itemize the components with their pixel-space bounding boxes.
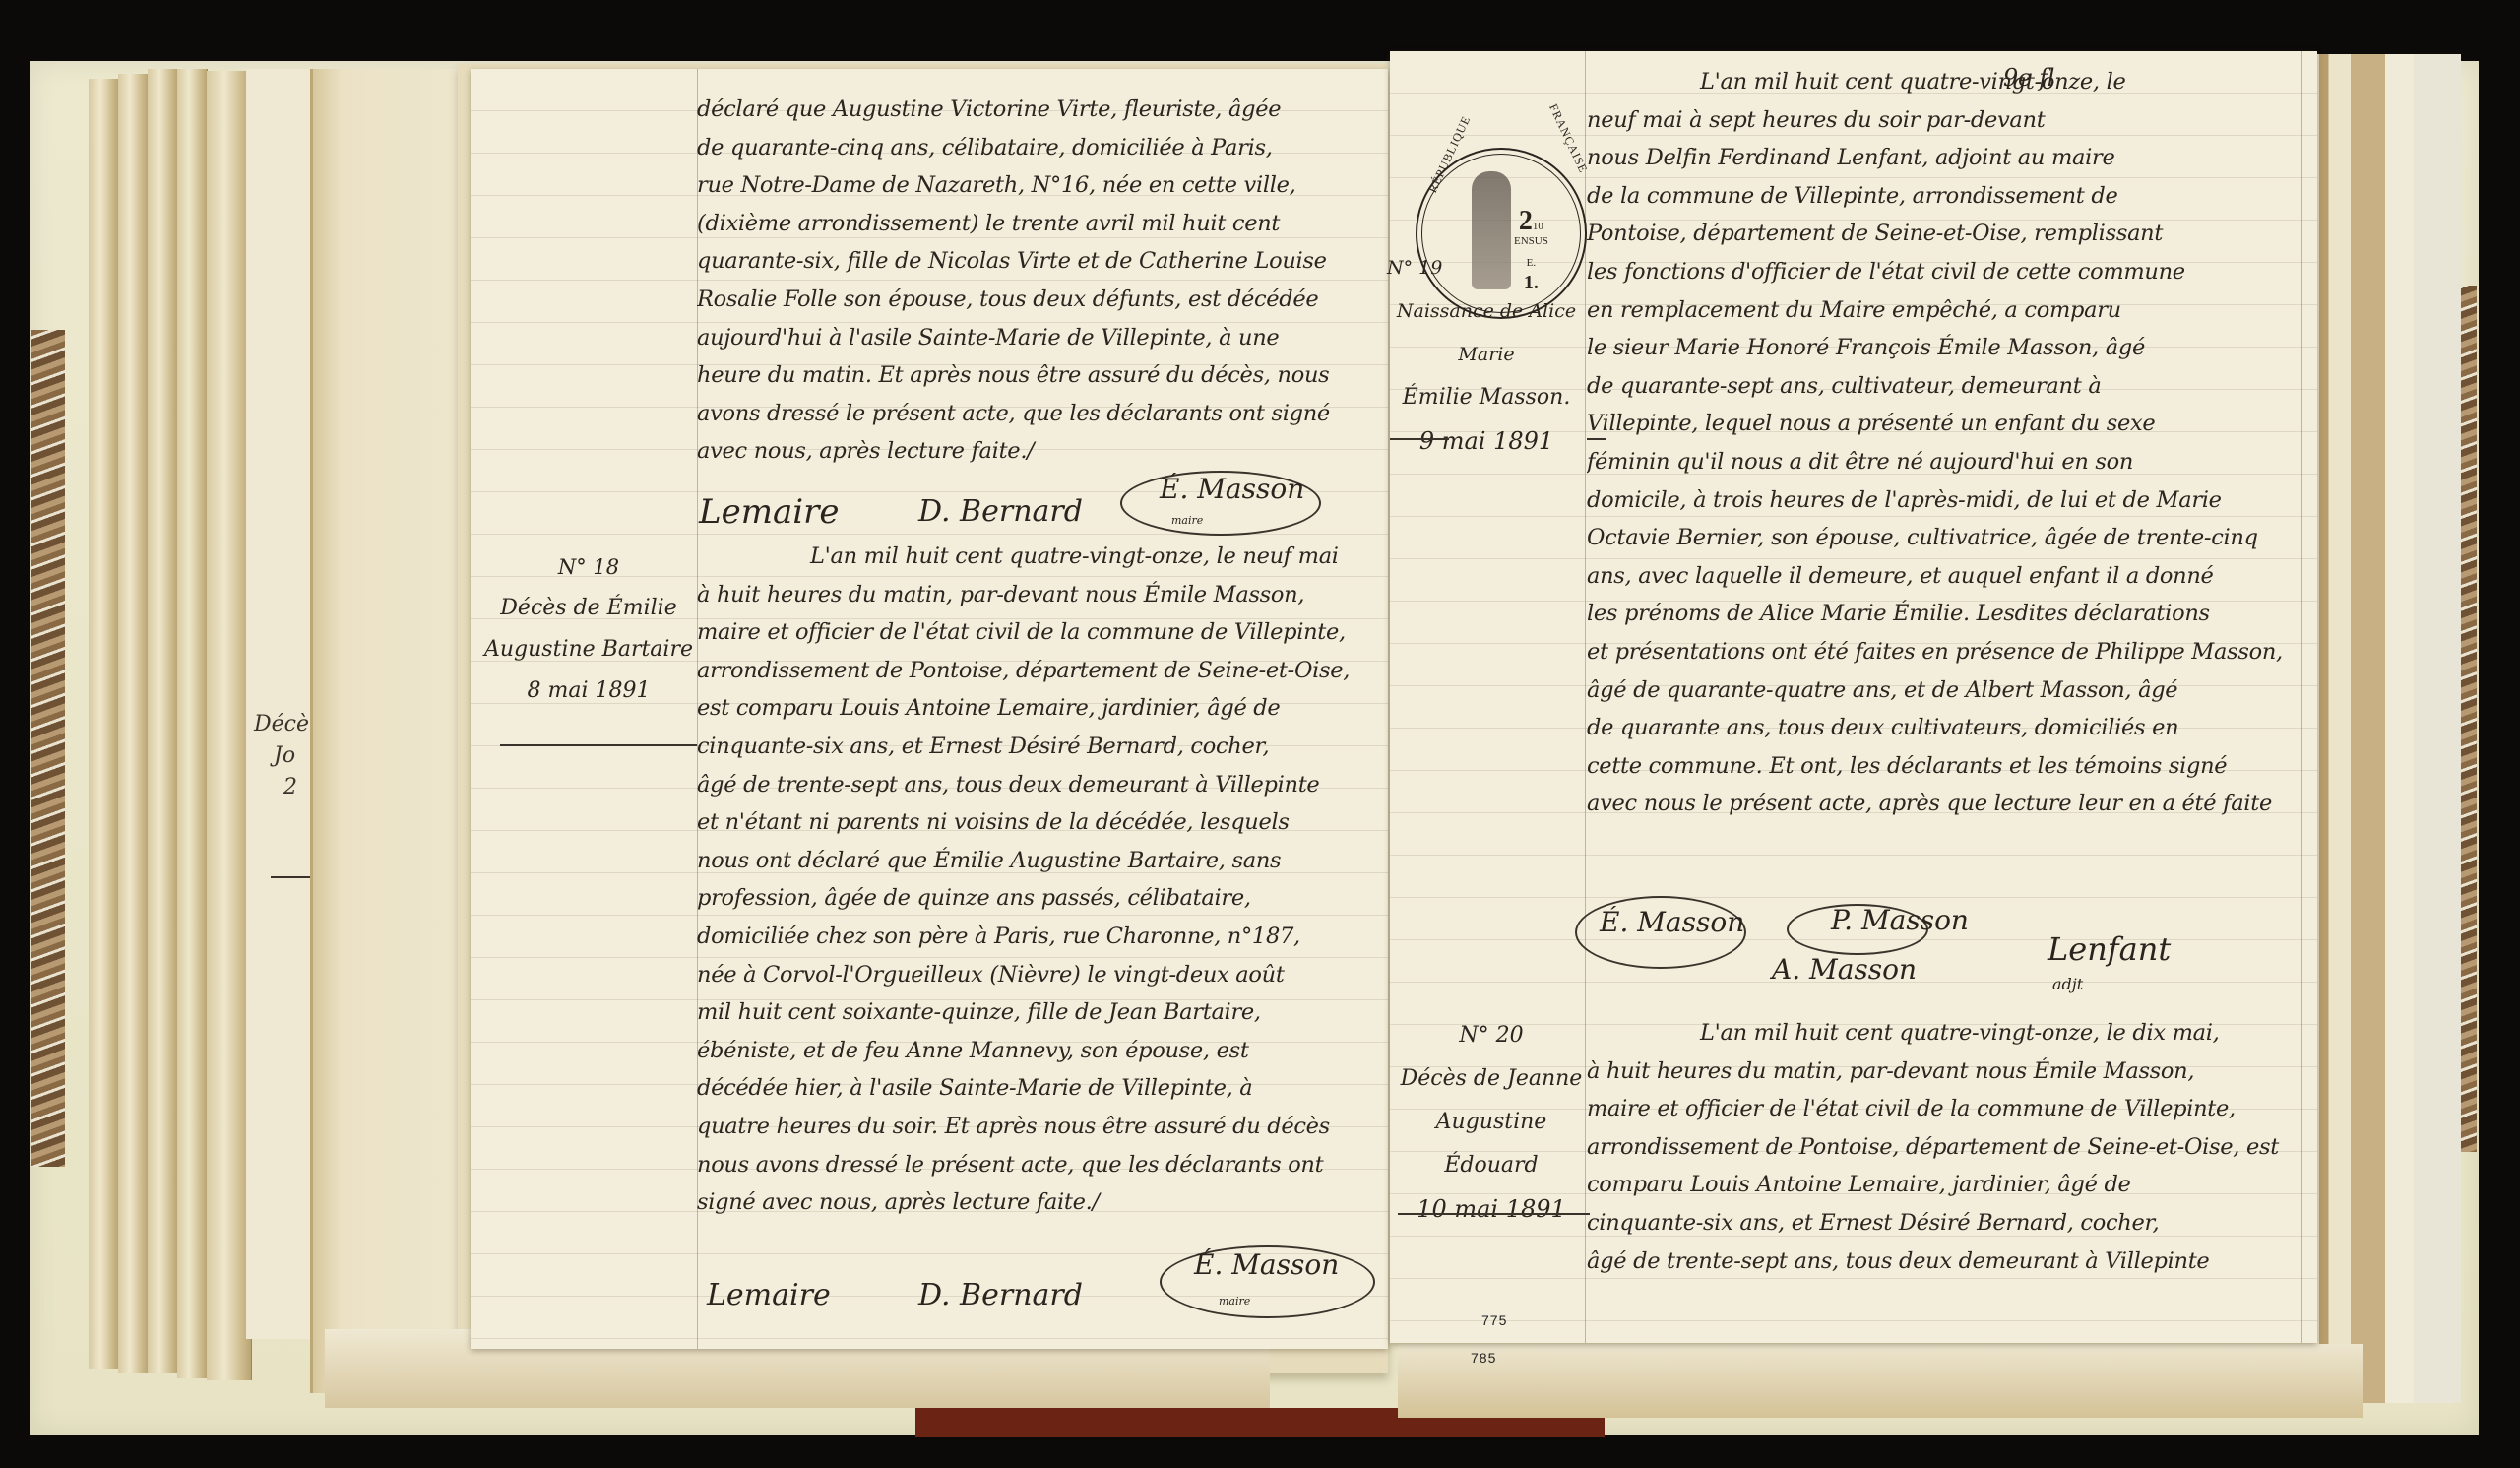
inserted-slip	[246, 69, 312, 1339]
signature-lenfant: Lenfant	[2047, 930, 2171, 968]
text-line: avec nous le présent acte, après que lec…	[1587, 785, 2305, 823]
text-line: âgé de trente-sept ans, tous deux demeur…	[697, 766, 1386, 804]
text-line: maire et officier de l'état civil de la …	[1587, 1090, 2305, 1128]
text-line: Rosalie Folle son épouse, tous deux défu…	[697, 281, 1386, 319]
text-line: ébéniste, et de feu Anne Mannevy, son ép…	[697, 1032, 1386, 1070]
text-line: comparu Louis Antoine Lemaire, jardinier…	[1587, 1166, 2305, 1204]
text-line: arrondissement de Pontoise, département …	[697, 652, 1386, 690]
entry-title: Décès de Émilie	[480, 588, 697, 629]
fragment-text: Décè	[254, 709, 313, 740]
page-edge	[177, 69, 208, 1378]
text-line: arrondissement de Pontoise, département …	[1587, 1128, 2305, 1167]
text-line: de la commune de Villepinte, arrondissem…	[1587, 177, 2305, 216]
text-line: le sieur Marie Honoré François Émile Mas…	[1587, 329, 2305, 367]
entry-separator	[1587, 438, 1606, 440]
underlying-page	[310, 69, 461, 1393]
entry-number: N° 19	[1383, 246, 1590, 289]
entry-20-body: L'an mil huit cent quatre-vingt-onze, le…	[1587, 1014, 2305, 1280]
text-line: née à Corvol-l'Orgueilleux (Nièvre) le v…	[697, 956, 1386, 994]
fragment-text: 2	[254, 772, 313, 803]
register-page-left: déclaré que Augustine Victorine Virte, f…	[471, 69, 1388, 1349]
entry-date: 9 mai 1891	[1383, 419, 1590, 463]
text-line: de quarante ans, tous deux cultivateurs,…	[1587, 709, 2305, 747]
text-line: L'an mil huit cent quatre-vingt-onze, le	[1587, 63, 2305, 101]
text-line: quatre heures du soir. Et après nous êtr…	[697, 1108, 1386, 1146]
signature-e-masson: É. Masson	[1600, 906, 1744, 938]
text-line: domiciliée chez son père à Paris, rue Ch…	[697, 918, 1386, 956]
text-line: est comparu Louis Antoine Lemaire, jardi…	[697, 689, 1386, 728]
entry-title: Émilie Masson.	[1383, 376, 1590, 419]
entry-number: N° 20	[1388, 1014, 1595, 1057]
text-line: décédée hier, à l'asile Sainte-Marie de …	[697, 1069, 1386, 1108]
text-line: en remplacement du Maire empêché, a comp…	[1587, 291, 2305, 330]
text-line: aujourd'hui à l'asile Sainte-Marie de Vi…	[697, 319, 1386, 357]
text-line: de quarante-cinq ans, célibataire, domic…	[697, 129, 1386, 167]
margin-note-entry-19: N° 19 Naissance de Alice Marie Émilie Ma…	[1383, 246, 1590, 463]
text-line: avons dressé le présent acte, que les dé…	[697, 395, 1386, 433]
margin-note-entry-18: N° 18 Décès de Émilie Augustine Bartaire…	[480, 546, 697, 712]
text-line: maire et officier de l'état civil de la …	[697, 613, 1386, 652]
page-edge	[118, 74, 149, 1373]
text-line: profession, âgée de quinze ans passés, c…	[697, 879, 1386, 918]
signature-lemaire: Lemaire	[699, 492, 839, 532]
signature-a-masson: A. Masson	[1772, 953, 1917, 986]
entry-separator	[1390, 438, 1449, 440]
text-line: âgé de trente-sept ans, tous deux demeur…	[1587, 1243, 2305, 1281]
text-line: L'an mil huit cent quatre-vingt-onze, le…	[1587, 1014, 2305, 1053]
signature-p-masson: P. Masson	[1831, 904, 1969, 936]
signature-title: maire	[1171, 514, 1203, 527]
signature-masson: É. Masson	[1160, 473, 1304, 505]
text-line: nous avons dressé le présent acte, que l…	[697, 1146, 1386, 1184]
fragment-text: Jo	[254, 740, 313, 772]
text-line: les prénoms de Alice Marie Émilie. Lesdi…	[1587, 595, 2305, 633]
text-line: âgé de quarante-quatre ans, et de Albert…	[1587, 671, 2305, 710]
signature-bernard: D. Bernard	[918, 1278, 1083, 1312]
page-edges-right	[2303, 54, 2461, 1403]
text-line: cette commune. Et ont, les déclarants et…	[1587, 747, 2305, 786]
text-line: déclaré que Augustine Victorine Virte, f…	[697, 91, 1386, 129]
text-line: et présentations ont été faites en prése…	[1587, 633, 2305, 671]
text-line: ans, avec laquelle il demeure, et auquel…	[1587, 557, 2305, 596]
marginal-annotation: 9e fl	[2003, 59, 2054, 97]
entry-title: Augustine Bartaire	[480, 629, 697, 670]
underlying-page-fragment: Décè Jo 2	[254, 709, 313, 803]
text-line: et n'étant ni parents ni voisins de la d…	[697, 803, 1386, 842]
stamp-value-main: 2	[1519, 206, 1533, 236]
entry-separator	[500, 744, 697, 746]
text-line: quarante-six, fille de Nicolas Virte et …	[697, 242, 1386, 281]
signature-masson: É. Masson	[1194, 1248, 1339, 1281]
text-line: nous Delfin Ferdinand Lenfant, adjoint a…	[1587, 139, 2305, 177]
rule-line	[271, 876, 310, 878]
text-line: féminin qu'il nous a dit être né aujourd…	[1587, 443, 2305, 481]
text-line: domicile, à trois heures de l'après-midi…	[1587, 481, 2305, 520]
text-line: cinquante-six ans, et Ernest Désiré Bern…	[1587, 1204, 2305, 1243]
text-line: mil huit cent soixante-quinze, fille de …	[697, 993, 1386, 1032]
text-line: Villepinte, lequel nous a présenté un en…	[1587, 405, 2305, 443]
folio-number: 785	[1471, 1350, 1496, 1366]
page-block-bottom	[1398, 1344, 2362, 1418]
entry-number: N° 18	[480, 546, 697, 588]
continuation-text: déclaré que Augustine Victorine Virte, f…	[697, 91, 1386, 471]
signature-title: adjt	[2052, 975, 2083, 993]
entry-title: Décès de Jeanne	[1388, 1057, 1595, 1101]
page-edge	[89, 79, 119, 1369]
signature-bernard: D. Bernard	[918, 494, 1083, 529]
text-line: neuf mai à sept heures du soir par-devan…	[1587, 101, 2305, 140]
entry-title: Augustine Édouard	[1388, 1101, 1595, 1187]
margin-note-entry-20: N° 20 Décès de Jeanne Augustine Édouard …	[1388, 1014, 1595, 1231]
stamp-value-sup: 10	[1533, 221, 1543, 232]
entry-19-body: L'an mil huit cent quatre-vingt-onze, le…	[1587, 63, 2305, 823]
signature-lemaire: Lemaire	[707, 1278, 831, 1312]
entry-18-body: L'an mil huit cent quatre-vingt-onze, le…	[697, 538, 1386, 1222]
text-line: L'an mil huit cent quatre-vingt-onze, le…	[697, 538, 1386, 576]
text-line: Pontoise, département de Seine-et-Oise, …	[1587, 215, 2305, 253]
text-line: (dixième arrondissement) le trente avril…	[697, 205, 1386, 243]
entry-date: 8 mai 1891	[480, 670, 697, 712]
text-line: Octavie Bernier, son épouse, cultivatric…	[1587, 519, 2305, 557]
text-line: heure du matin. Et après nous être assur…	[697, 356, 1386, 395]
entry-date: 10 mai 1891	[1388, 1187, 1595, 1231]
text-line: signé avec nous, après lecture faite./	[697, 1183, 1386, 1222]
text-line: à huit heures du matin, par-devant nous …	[1587, 1053, 2305, 1091]
entry-separator	[1398, 1213, 1590, 1215]
text-line: cinquante-six ans, et Ernest Désiré Bern…	[697, 728, 1386, 766]
text-line: nous ont déclaré que Émilie Augustine Ba…	[697, 842, 1386, 880]
text-line: rue Notre-Dame de Nazareth, N°16, née en…	[697, 166, 1386, 205]
folio-number: 775	[1481, 1312, 1507, 1328]
page-edge	[148, 69, 178, 1373]
text-line: à huit heures du matin, par-devant nous …	[697, 576, 1386, 614]
entry-title: Naissance de Alice Marie	[1383, 289, 1590, 376]
marbled-endpaper-left	[31, 330, 65, 1167]
text-line: les fonctions d'officier de l'état civil…	[1587, 253, 2305, 291]
text-line: avec nous, après lecture faite./	[697, 432, 1386, 471]
text-line: de quarante-sept ans, cultivateur, demeu…	[1587, 367, 2305, 406]
signature-title: maire	[1219, 1295, 1250, 1308]
